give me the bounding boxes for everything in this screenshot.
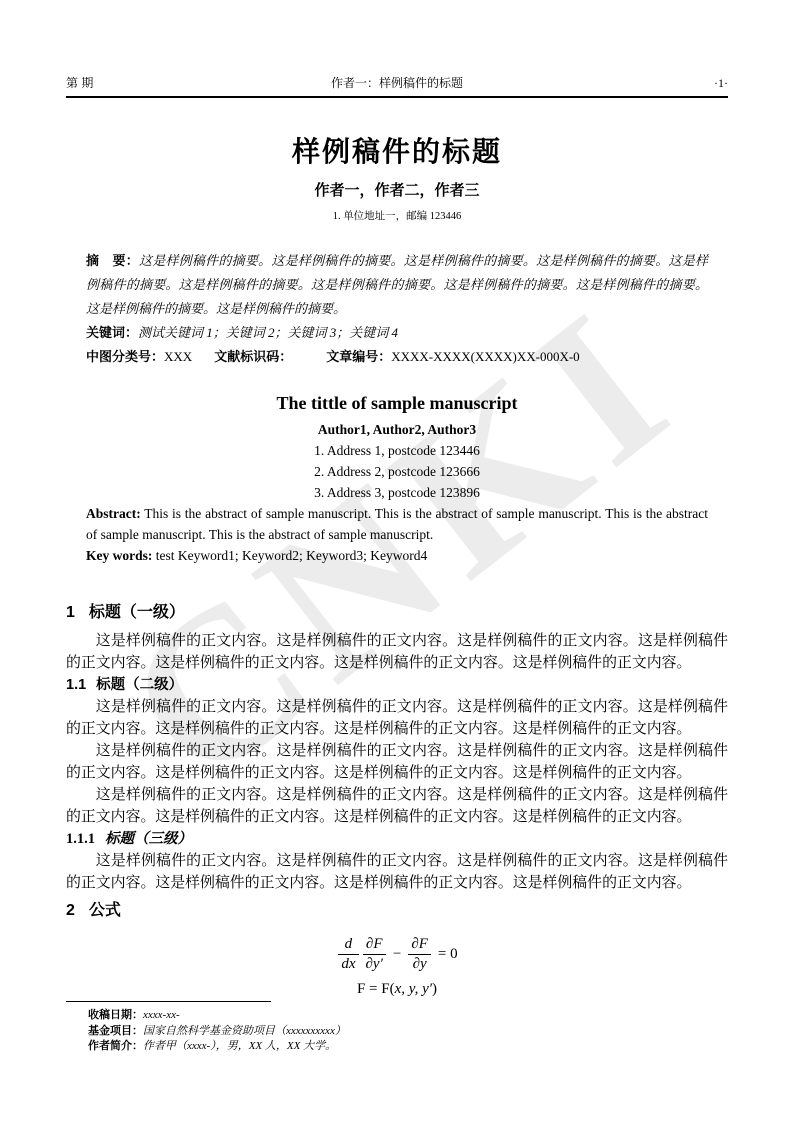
footnote-rule <box>66 1001 271 1002</box>
header-issue: 第 期 <box>66 74 126 91</box>
address-en-3: 3. Address 3, postcode 123896 <box>86 482 708 503</box>
running-header: 第 期 作者一：样例稿件的标题 ·1· <box>66 74 728 98</box>
abstract-text-en: This is the abstract of sample manuscrip… <box>86 506 708 542</box>
clc-value: XXX <box>164 349 192 364</box>
classification-line: 中图分类号：XXX文献标识码：文章编号：XXXX-XXXX(XXXX)XX-00… <box>86 345 708 369</box>
footnote-funding: 基金项目：国家自然科学基金资助项目（xxxxxxxxxx） <box>66 1024 728 1040</box>
document-page: CNKI 第 期 作者一：样例稿件的标题 ·1· 样例稿件的标题 作者一，作者二… <box>0 0 794 1123</box>
article-id-value: XXXX-XXXX(XXXX)XX-000X-0 <box>391 349 579 364</box>
authors-en: Author1, Author2, Author3 <box>86 419 708 440</box>
body-paragraph: 这是样例稿件的正文内容。这是样例稿件的正文内容。这是样例稿件的正文内容。这是样例… <box>66 784 728 828</box>
header-page-number: ·1· <box>668 76 728 91</box>
body-paragraph: 这是样例稿件的正文内容。这是样例稿件的正文内容。这是样例稿件的正文内容。这是样例… <box>66 850 728 894</box>
section-heading-1-1: 1.1标题（二级） <box>66 674 728 696</box>
english-block: The tittle of sample manuscript Author1,… <box>66 390 728 566</box>
section-heading-1-1-1: 1.1.1标题（三级） <box>66 828 728 850</box>
fraction-dF-dyprime: ∂F∂y′ <box>363 936 386 974</box>
header-running-title: 作者一：样例稿件的标题 <box>126 74 668 91</box>
footnote-label: 作者简介： <box>88 1040 143 1052</box>
abstract-block-cn: 摘 要：这是样例稿件的摘要。这是样例稿件的摘要。这是样例稿件的摘要。这是样例稿件… <box>66 249 728 369</box>
article-title-cn: 样例稿件的标题 <box>66 130 728 170</box>
equals-zero: = 0 <box>438 946 458 962</box>
address-en-1: 1. Address 1, postcode 123446 <box>86 440 708 461</box>
section-number: 1 <box>66 604 75 621</box>
body-paragraph: 这是样例稿件的正文内容。这是样例稿件的正文内容。这是样例稿件的正文内容。这是样例… <box>66 740 728 784</box>
equation-euler-lagrange: ddx∂F∂y′−∂F∂y= 0 <box>66 936 728 974</box>
footnote-author-bio: 作者简介：作者甲（xxxx-），男，XX 人，XX 大学。 <box>66 1039 728 1055</box>
abstract-label-cn: 摘 要： <box>86 253 139 268</box>
page-content: 第 期 作者一：样例稿件的标题 ·1· 样例稿件的标题 作者一，作者二，作者三 … <box>66 0 728 998</box>
section-title: 标题（三级） <box>105 831 192 847</box>
abstract-text-cn: 这是样例稿件的摘要。这是样例稿件的摘要。这是样例稿件的摘要。这是样例稿件的摘要。… <box>86 253 708 316</box>
clc-label: 中图分类号： <box>86 349 164 364</box>
authors-cn: 作者一，作者二，作者三 <box>66 179 728 200</box>
article-id-label: 文章编号： <box>326 349 391 364</box>
fraction-dF-dy: ∂F∂y <box>408 936 431 974</box>
body-paragraph: 这是样例稿件的正文内容。这是样例稿件的正文内容。这是样例稿件的正文内容。这是样例… <box>66 630 728 674</box>
section-number: 2 <box>66 902 75 919</box>
keywords-text-en: test Keyword1; Keyword2; Keyword3; Keywo… <box>152 548 427 563</box>
keywords-cn: 关键词：测试关键词 1；关键词 2；关键词 3；关键词 4 <box>86 321 708 345</box>
doc-code-label: 文献标识码： <box>214 349 292 364</box>
abstract-label-en: Abstract: <box>86 506 141 521</box>
footnote-received-date: 收稿日期：xxxx-xx- <box>66 1008 728 1024</box>
footnote-area: 收稿日期：xxxx-xx- 基金项目：国家自然科学基金资助项目（xxxxxxxx… <box>66 1001 728 1055</box>
keywords-label-cn: 关键词： <box>86 325 138 340</box>
address-en-2: 2. Address 2, postcode 123666 <box>86 461 708 482</box>
footnote-value: xxxx-xx- <box>143 1009 180 1021</box>
section-title: 标题（二级） <box>96 677 183 693</box>
affiliation-cn: 1. 单位地址一，邮编 123446 <box>66 208 728 223</box>
footnote-value: 国家自然科学基金资助项目（xxxxxxxxxx） <box>143 1025 346 1037</box>
footnote-label: 收稿日期： <box>88 1009 143 1021</box>
section-title: 标题（一级） <box>89 604 185 621</box>
equation-F-definition: F = F(x, y, y′) <box>66 981 728 998</box>
keywords-text-cn: 测试关键词 1；关键词 2；关键词 3；关键词 4 <box>138 325 398 340</box>
section-number: 1.1.1 <box>66 831 95 847</box>
footnote-label: 基金项目： <box>88 1025 143 1037</box>
body-paragraph: 这是样例稿件的正文内容。这是样例稿件的正文内容。这是样例稿件的正文内容。这是样例… <box>66 696 728 740</box>
article-title-en: The tittle of sample manuscript <box>86 390 708 416</box>
section-heading-2: 2公式 <box>66 900 728 922</box>
keywords-label-en: Key words: <box>86 548 152 563</box>
section-title: 公式 <box>89 902 121 919</box>
abstract-cn: 摘 要：这是样例稿件的摘要。这是样例稿件的摘要。这是样例稿件的摘要。这是样例稿件… <box>86 249 708 321</box>
section-number: 1.1 <box>66 677 86 693</box>
footnote-value: 作者甲（xxxx-），男，XX 人，XX 大学。 <box>143 1040 336 1052</box>
section-heading-1: 1标题（一级） <box>66 602 728 624</box>
minus-operator: − <box>393 946 401 962</box>
abstract-en: Abstract: This is the abstract of sample… <box>86 503 708 545</box>
fraction-d-dx: ddx <box>338 936 358 974</box>
keywords-en: Key words: test Keyword1; Keyword2; Keyw… <box>86 545 708 566</box>
